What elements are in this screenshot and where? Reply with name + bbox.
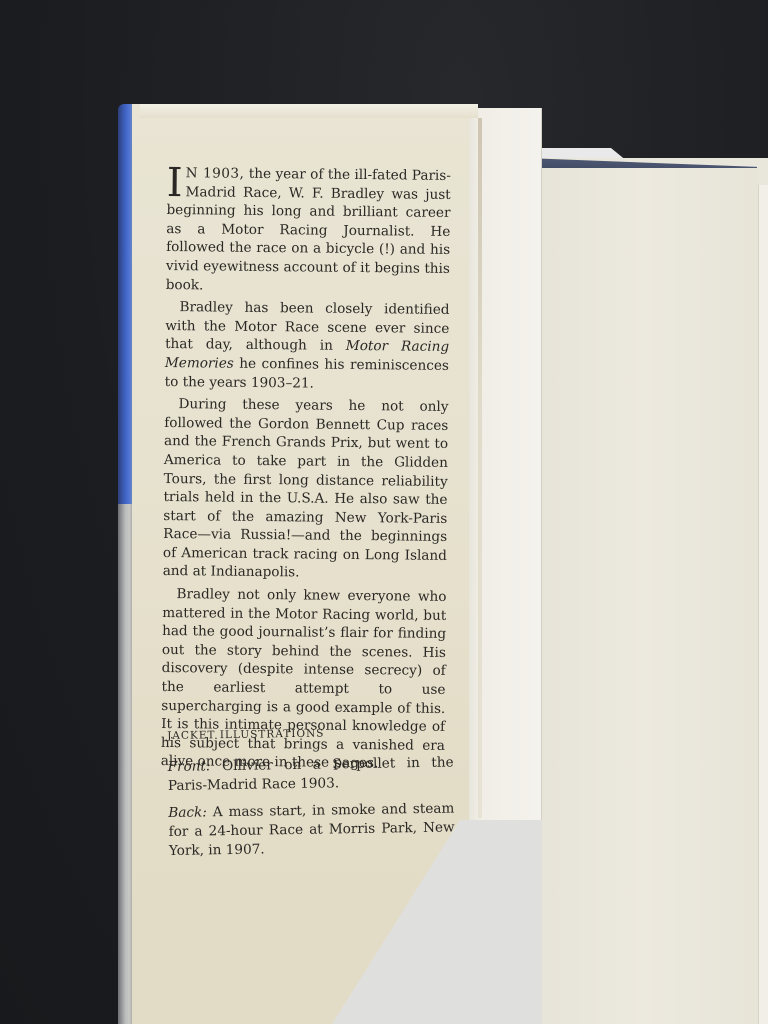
jacket-spine-silver [118,504,134,1024]
blurb-paragraph-2: Bradley has been closely identified with… [165,298,450,394]
blurb-paragraph-3: During these years he not only followed … [163,395,449,584]
jacket-illustrations-heading: JACKET ILLUSTRATIONS [167,723,453,746]
back-illustration-caption: Back: A mass start, in smoke and steam f… [168,799,455,860]
jacket-spine-blue [118,104,134,504]
flap-crease [478,118,482,818]
drop-cap: I [167,166,183,200]
book-endpaper [528,168,758,1024]
flap-top-wear [140,104,478,118]
jacket-illustrations: JACKET ILLUSTRATIONS Front: Ollivier on … [167,723,455,869]
blurb-paragraph-1: IN 1903, the year of the ill-fated Paris… [166,164,451,297]
flap-blurb: IN 1903, the year of the ill-fated Paris… [161,164,451,778]
front-illustration-caption: Front: Ollivier on a Serpollet in the Pa… [167,754,454,796]
book-page-edge [758,185,768,1024]
